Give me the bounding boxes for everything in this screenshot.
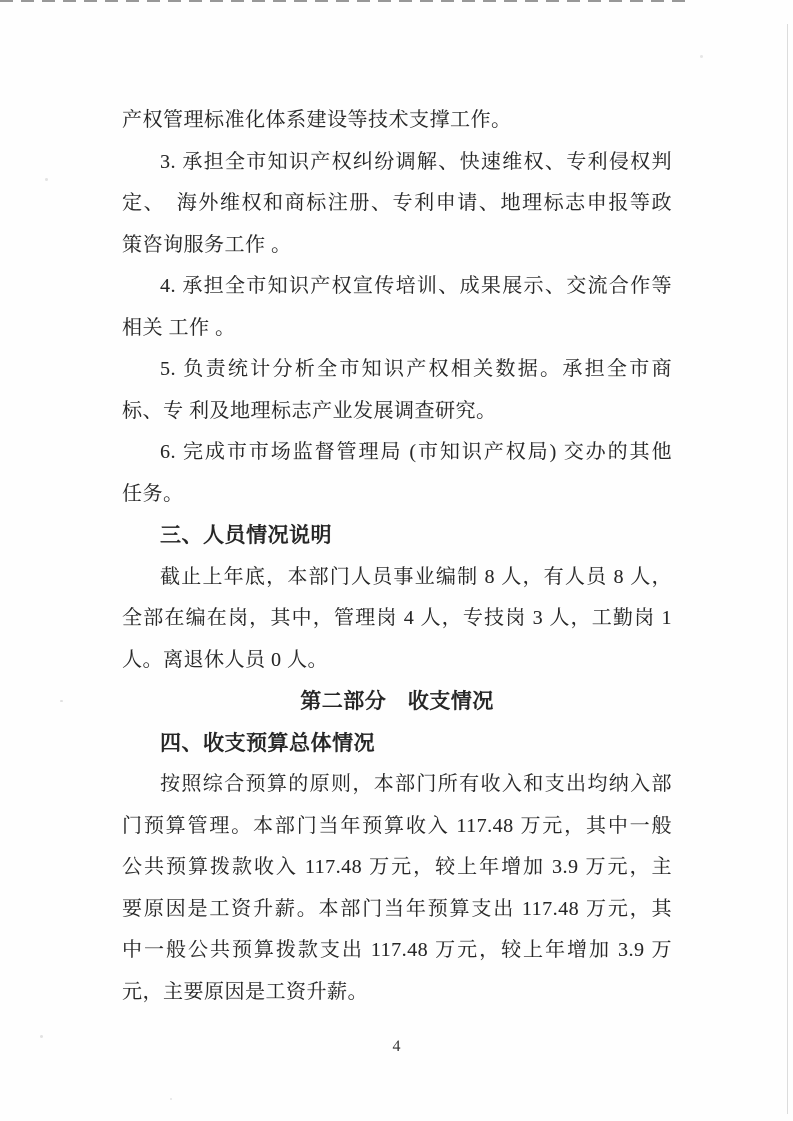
body-line: 6. 完成市市场监督管理局 (市知识产权局) 交办的其他	[122, 432, 672, 474]
body-line: 标、专 利及地理标志产业发展调查研究。	[122, 391, 672, 433]
body-line: 任务。	[122, 474, 672, 516]
page-content: 产权管理标准化体系建设等技术支撑工作。 3. 承担全市知识产权纠纷调解、快速维权…	[122, 100, 672, 1013]
paragraph: 3. 承担全市知识产权纠纷调解、快速维权、专利侵权判 定、 海外维权和商标注册、…	[122, 142, 672, 267]
body-line: 全部在编在岗，其中，管理岗 4 人，专技岗 3 人，工勤岗 1	[122, 598, 672, 640]
body-line: 按照综合预算的原则，本部门所有收入和支出均纳入部	[122, 764, 672, 806]
paragraph: 产权管理标准化体系建设等技术支撑工作。	[122, 100, 672, 142]
scan-artifact-right-edge	[787, 24, 788, 1114]
body-line: 5. 负责统计分析全市知识产权相关数据。承担全市商	[122, 349, 672, 391]
part-heading-revenue-expenditure: 第二部分 收支情况	[122, 681, 672, 723]
body-line: 产权管理标准化体系建设等技术支撑工作。	[122, 100, 672, 142]
body-line: 3. 承担全市知识产权纠纷调解、快速维权、专利侵权判	[122, 142, 672, 184]
body-line: 策咨询服务工作 。	[122, 225, 672, 267]
body-line: 定、 海外维权和商标注册、专利申请、地理标志申报等政	[122, 183, 672, 225]
paragraph: 5. 负责统计分析全市知识产权相关数据。承担全市商 标、专 利及地理标志产业发展…	[122, 349, 672, 432]
body-line: 截止上年底，本部门人员事业编制 8 人，有人员 8 人，	[122, 557, 672, 599]
page-number: 4	[0, 1038, 793, 1056]
scan-speck	[45, 178, 48, 181]
document-page: { "page": { "number": "4" }, "colors": {…	[0, 0, 793, 1121]
body-line: 要原因是工资升薪。本部门当年预算支出 117.48 万元，其	[122, 889, 672, 931]
scan-speck	[700, 55, 703, 58]
paragraph: 截止上年底，本部门人员事业编制 8 人，有人员 8 人， 全部在编在岗，其中，管…	[122, 557, 672, 682]
scan-speck	[170, 1098, 172, 1100]
body-line: 相关 工作 。	[122, 308, 672, 350]
body-line: 公共预算拨款收入 117.48 万元，较上年增加 3.9 万元，主	[122, 847, 672, 889]
paragraph: 6. 完成市市场监督管理局 (市知识产权局) 交办的其他 任务。	[122, 432, 672, 515]
body-line: 门预算管理。本部门当年预算收入 117.48 万元，其中一般	[122, 806, 672, 848]
paragraph: 4. 承担全市知识产权宣传培训、成果展示、交流合作等 相关 工作 。	[122, 266, 672, 349]
section-heading-budget-overview: 四、收支预算总体情况	[122, 723, 672, 765]
body-line: 人。离退休人员 0 人。	[122, 640, 672, 682]
scan-speck	[60, 700, 63, 702]
body-line: 元，主要原因是工资升薪。	[122, 972, 672, 1014]
body-line: 4. 承担全市知识产权宣传培训、成果展示、交流合作等	[122, 266, 672, 308]
scan-artifact-top-edge	[0, 0, 690, 2]
body-line: 中一般公共预算拨款支出 117.48 万元，较上年增加 3.9 万	[122, 930, 672, 972]
section-heading-personnel: 三、人员情况说明	[122, 515, 672, 557]
paragraph: 按照综合预算的原则，本部门所有收入和支出均纳入部 门预算管理。本部门当年预算收入…	[122, 764, 672, 1013]
